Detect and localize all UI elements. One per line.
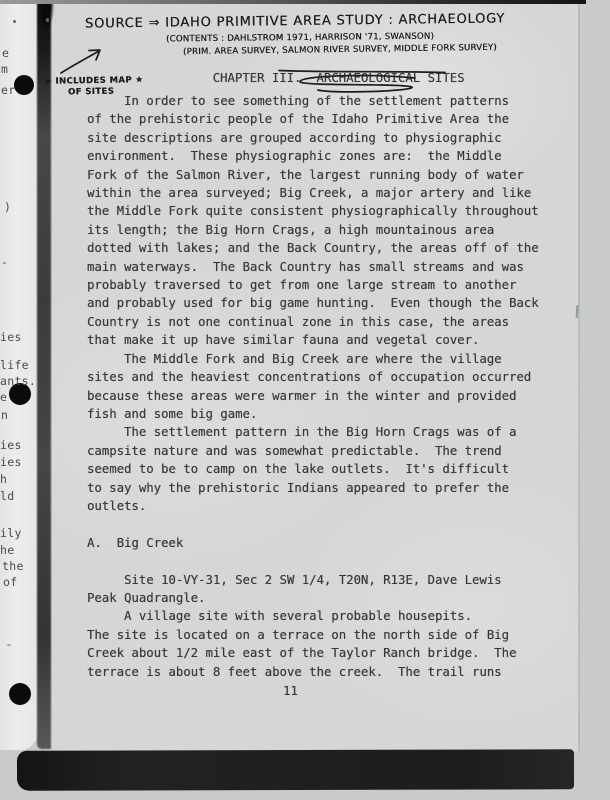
edge-fragment: ies [0, 438, 22, 452]
edge-fragment: n [1, 408, 8, 422]
edge-fragment: ies [0, 330, 22, 344]
binding-shadow-top [42, 0, 54, 30]
edge-fragment: m [1, 62, 8, 76]
page-number: 11 [283, 684, 298, 698]
edge-fragment: of [3, 575, 17, 589]
typed-body-text: In order to see something of the settlem… [87, 92, 539, 681]
hole-punch-bottom [9, 683, 31, 705]
top-scan-edge [0, 0, 586, 4]
edge-fragment: e [0, 390, 7, 404]
scanned-document-page: emer)-ieslifeants.eniesieshldilyhetheof … [0, 0, 610, 800]
chapter-title: ARCHAEOLOGICAL SITES [316, 71, 464, 85]
edge-fragment: ld [0, 489, 14, 503]
edge-fragment: ies [0, 455, 22, 469]
edge-fragment: ) [4, 200, 11, 214]
edge-fragment: ily [0, 526, 22, 540]
scan-speck [7, 644, 11, 646]
scan-speck [13, 20, 16, 23]
edge-fragment: er [1, 83, 15, 97]
edge-fragment: he [0, 543, 14, 557]
edge-fragment: e [2, 46, 9, 60]
chapter-label: CHAPTER III. [213, 71, 302, 85]
edge-fragment: ants. [0, 374, 36, 388]
edge-fragment: the [2, 559, 24, 573]
scan-speck [46, 18, 49, 22]
edge-fragment: h [0, 472, 7, 486]
hole-punch-top [14, 75, 34, 95]
edge-fragment: life [0, 358, 29, 372]
binding-shadow [37, 0, 51, 749]
bottom-scan-bar [17, 749, 574, 790]
includes-map-note-line1: ★ INCLUDES MAP ★ [44, 75, 143, 87]
edge-fragment: - [1, 255, 8, 269]
